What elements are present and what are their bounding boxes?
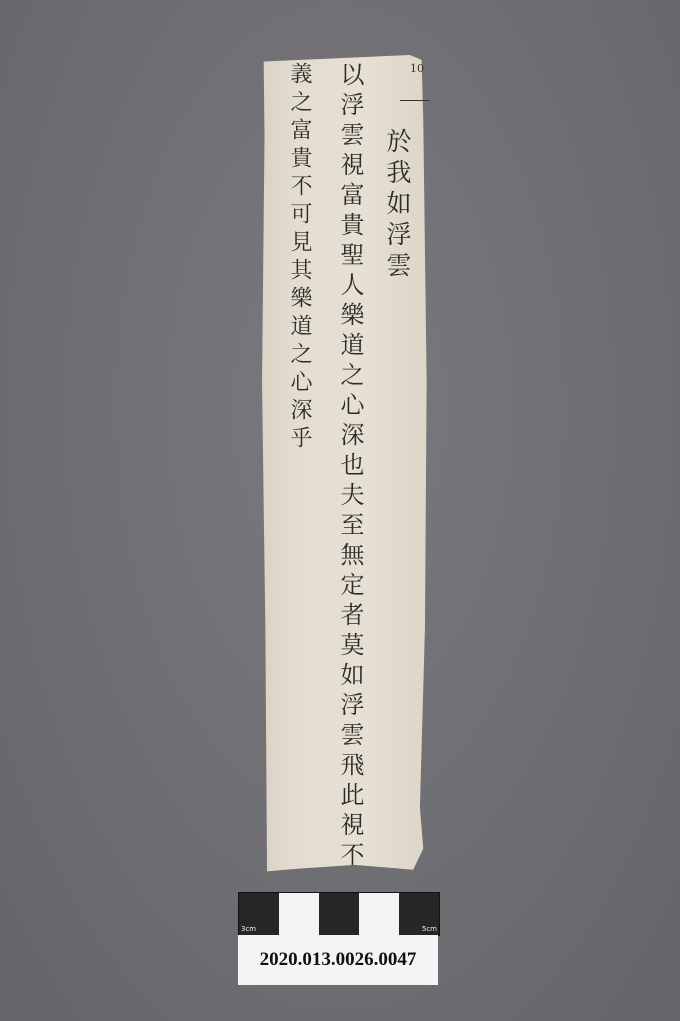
scale-segment [279, 893, 319, 935]
scale-label-right: 5cm [422, 925, 437, 933]
catalog-id: 2020.013.0026.0047 [238, 935, 438, 985]
text-column-2: 以浮雲視富貴聖人樂道之心深也夫至無定者莫如浮雲飛此視不 [338, 62, 362, 872]
scale-segment [319, 893, 359, 935]
scale-segment [359, 893, 399, 935]
ink-rule [400, 100, 430, 101]
scale-bar: 3cm 5cm [238, 892, 440, 936]
scale-label-left: 3cm [241, 925, 256, 933]
text-column-1: 於我如浮雲 [385, 128, 410, 283]
text-column-3: 義之富貴不可見其樂道之心深乎 [288, 62, 310, 454]
page-number: 10 [410, 62, 424, 75]
